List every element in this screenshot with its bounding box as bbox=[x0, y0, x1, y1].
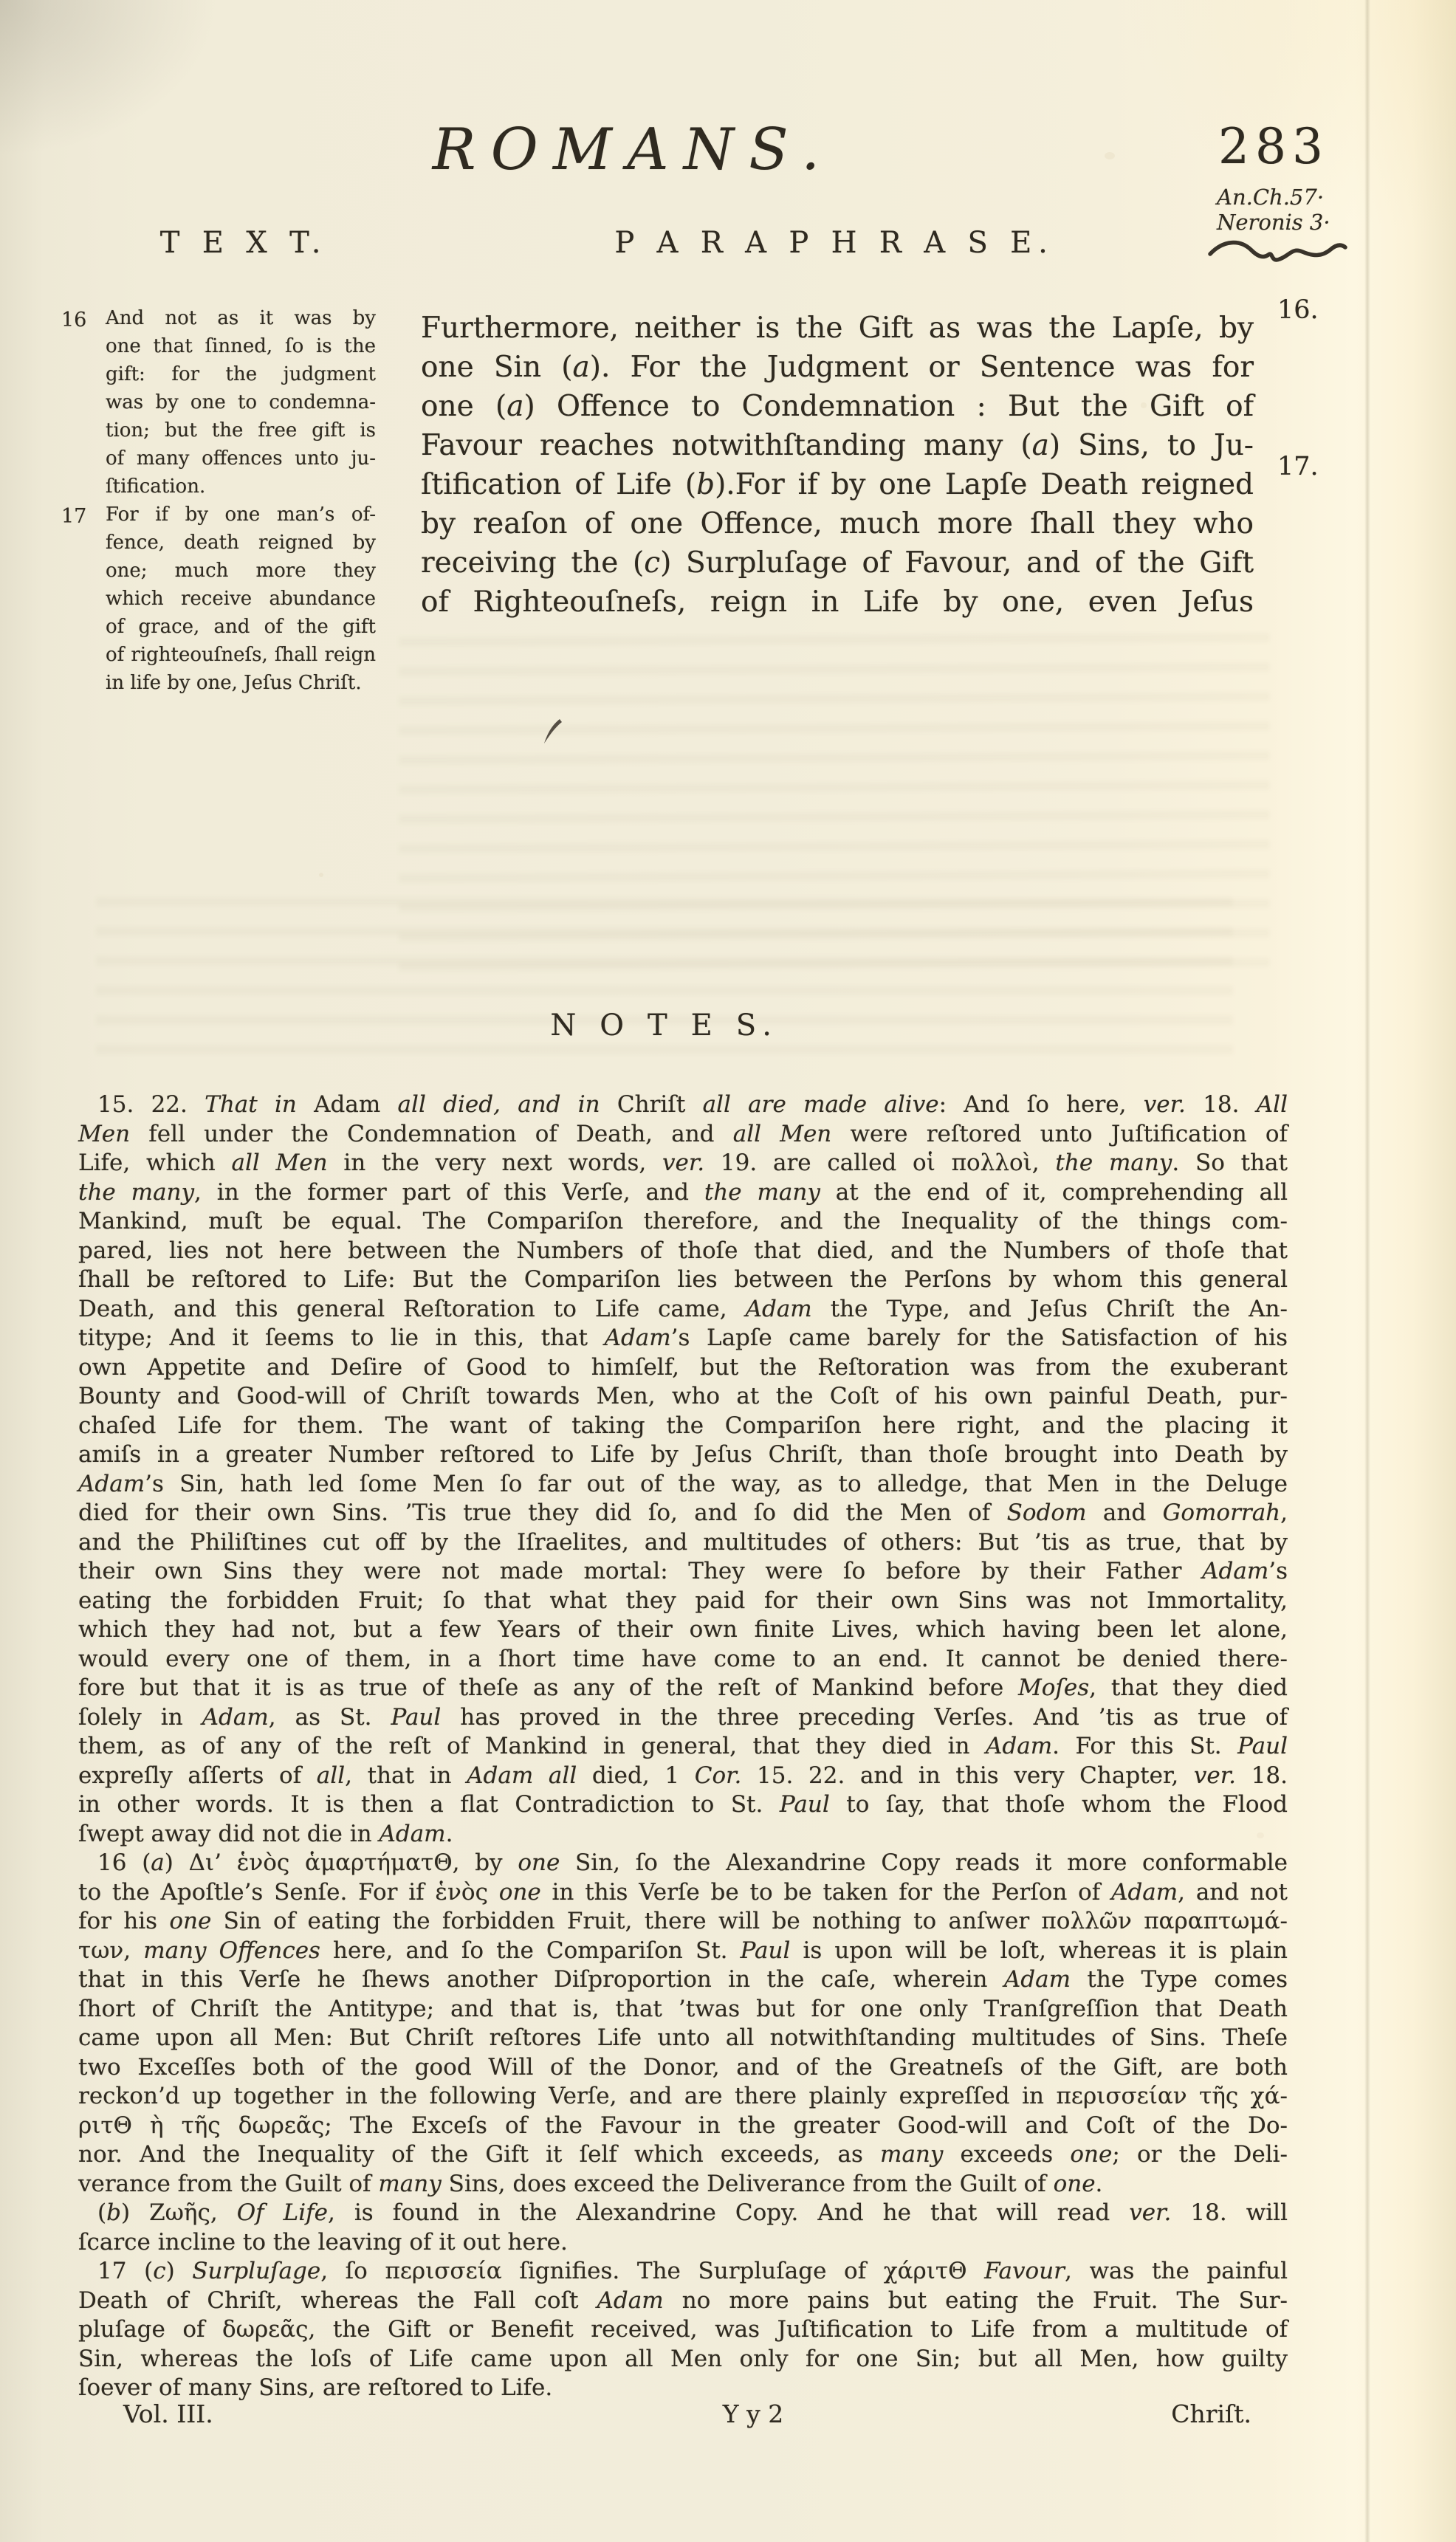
print-line: which they had not, but a few Years of t… bbox=[78, 1615, 1288, 1645]
print-line: of grace, and of the gift bbox=[106, 613, 376, 641]
print-line: tion; but the free gift is bbox=[106, 416, 376, 444]
print-line: of righteouſneſs, ſhall reign bbox=[106, 641, 376, 669]
print-line: to the Apoſtle’s Senſe. For if ἑνὸς one … bbox=[78, 1878, 1288, 1908]
print-line: ſtification of Life (b).For if by one La… bbox=[421, 465, 1254, 504]
print-line: ſolely in Adam, as St. Paul has proved i… bbox=[78, 1703, 1288, 1733]
print-line: (b) Ζωῆς, Of Life, is found in the Alexa… bbox=[78, 2199, 1288, 2228]
foxing-spot bbox=[319, 873, 323, 877]
anno-year-line: An.Ch.57· bbox=[1217, 185, 1330, 210]
print-line: Adam’s Sin, hath led ſome Men ſo far out… bbox=[78, 1470, 1288, 1500]
print-line: Furthermore, neither is the Gift as was … bbox=[421, 309, 1254, 348]
print-line: two Exceſſes both of the good Will of th… bbox=[78, 2053, 1288, 2083]
print-line: ριτΘ ὴ τῆς δωρεᾶς; The Exceſs of the Fav… bbox=[78, 2112, 1288, 2141]
print-line: Mankind, muſt be equal. The Compariſon t… bbox=[78, 1207, 1288, 1237]
note-paragraph-17c: 17 (c) Surpluſage, ſo περισσεία ſignifie… bbox=[78, 2257, 1288, 2403]
print-line: expreſly aſſerts of all, that in Adam al… bbox=[78, 1762, 1288, 1791]
note-paragraph-b: (b) Ζωῆς, Of Life, is found in the Alexa… bbox=[78, 2199, 1288, 2257]
print-line: in life by one, Jeſus Chriſt. bbox=[106, 669, 376, 697]
print-line: of Righteouſneſs, reign in Life by one, … bbox=[421, 583, 1254, 622]
verse-number-16: 16 bbox=[61, 306, 86, 334]
scanned-page: ROMANS. 283 An.Ch.57· Neronis 3· T E X T… bbox=[0, 0, 1456, 2542]
print-line: 15. 22. That in Adam all died, and in Ch… bbox=[78, 1090, 1288, 1120]
print-line: ſhall be reſtored to Life: But the Compa… bbox=[78, 1265, 1288, 1295]
print-line: died for their own Sins. ’Tis true they … bbox=[78, 1499, 1288, 1528]
print-line: titype; And it ſeems to lie in this, tha… bbox=[78, 1324, 1288, 1353]
print-line: ſoever of many Sins, are reſtored to Lif… bbox=[78, 2374, 1288, 2403]
print-line: which receive abundance bbox=[106, 585, 376, 613]
print-line: one that ſinned, ſo is the bbox=[106, 332, 376, 360]
print-line: gift: for the judgment bbox=[106, 360, 376, 388]
print-line: in other words. It is then a flat Contra… bbox=[78, 1790, 1288, 1820]
print-line: was by one to condemna- bbox=[106, 388, 376, 416]
print-line: that in this Verſe he ſhews another Diſp… bbox=[78, 1965, 1288, 1995]
signature-mark: Y y 2 bbox=[723, 2400, 783, 2428]
print-line: verance from the Guilt of many Sins, doe… bbox=[78, 2170, 1288, 2199]
print-line: των, many Offences here, and ſo the Comp… bbox=[78, 1937, 1288, 1966]
print-line: ſwept away did not die in Adam. bbox=[78, 1820, 1288, 1849]
print-line: ſtification. bbox=[106, 473, 376, 501]
catchword: Chriſt. bbox=[1108, 2400, 1251, 2428]
verse-16: 16 And not as it was byone that ſinned, … bbox=[106, 304, 376, 501]
notes-heading: N O T E S. bbox=[550, 1009, 778, 1042]
marginal-chronology: An.Ch.57· Neronis 3· bbox=[1217, 185, 1330, 235]
note-paragraph-16a: 16 (a) Δι’ ἑνὸς ἁμαρτήματΘ, by one Sin, … bbox=[78, 1849, 1288, 2199]
print-line: fence, death reigned by bbox=[106, 529, 376, 557]
anno-reign-line: Neronis 3· bbox=[1217, 210, 1330, 235]
print-line: Men fell under the Condemnation of Death… bbox=[78, 1120, 1288, 1150]
print-line: fore but that it is as true of theſe as … bbox=[78, 1674, 1288, 1703]
print-line: And not as it was by bbox=[106, 304, 376, 332]
text-column-heading: T E X T. bbox=[160, 226, 327, 260]
print-line: For if by one man’s of- bbox=[106, 501, 376, 529]
print-line: own Appetite and Deſire of Good to himſe… bbox=[78, 1353, 1288, 1383]
print-line: them, as of any of the reſt of Mankind i… bbox=[78, 1732, 1288, 1762]
print-line: Death, and this general Reſtoration to L… bbox=[78, 1295, 1288, 1325]
page-number: 283 bbox=[1218, 118, 1329, 175]
verse-16-text: And not as it was byone that ſinned, ſo … bbox=[106, 304, 376, 501]
running-title: ROMANS. bbox=[433, 117, 835, 183]
print-line: their own Sins they were not made mortal… bbox=[78, 1557, 1288, 1587]
show-through bbox=[399, 633, 1270, 992]
verse-17-text: For if by one man’s of-fence, death reig… bbox=[106, 501, 376, 697]
verse-number-17: 17 bbox=[61, 503, 86, 531]
print-line: for his one Sin of eating the forbidden … bbox=[78, 1907, 1288, 1937]
print-line: ſcarce incline to the leaving of it out … bbox=[78, 2228, 1288, 2258]
print-line: 17 (c) Surpluſage, ſo περισσεία ſignifie… bbox=[78, 2257, 1288, 2287]
print-line: Death of Chriſt, whereas the Fall coſt A… bbox=[78, 2287, 1288, 2316]
show-through bbox=[96, 897, 1233, 1071]
paraphrase-column-heading: P A R A P H R A S E. bbox=[614, 226, 1054, 260]
print-line: came upon all Men: But Chriſt reſtores L… bbox=[78, 2024, 1288, 2053]
volume-label: Vol. III. bbox=[123, 2400, 213, 2428]
paraphrase-margin-number-16: 16. bbox=[1277, 295, 1319, 325]
print-line: one; much more they bbox=[106, 557, 376, 585]
foxing-spot bbox=[1105, 152, 1115, 159]
print-line: Sin, whereas the loſs of Life came upon … bbox=[78, 2345, 1288, 2374]
print-line: nor. And the Inequality of the Gift it ſ… bbox=[78, 2140, 1288, 2170]
ink-mark bbox=[541, 718, 563, 746]
print-line: amiſs in a greater Number reſtored to Li… bbox=[78, 1440, 1288, 1470]
paraphrase-column: Furthermore, neither is the Gift as was … bbox=[421, 309, 1254, 622]
print-line: by reaſon of one Offence, much more ſhal… bbox=[421, 504, 1254, 543]
print-line: receiving the (c) Surpluſage of Favour, … bbox=[421, 543, 1254, 583]
print-line: Favour reaches notwithſtanding many (a) … bbox=[421, 426, 1254, 465]
page-edge-crease bbox=[1364, 0, 1370, 2542]
print-line: one (a) Offence to Condemnation : But th… bbox=[421, 387, 1254, 426]
print-line: ſhort of Chriſt the Antitype; and that i… bbox=[78, 1995, 1288, 2024]
text-column: 16 And not as it was byone that ſinned, … bbox=[106, 304, 376, 697]
print-line: eating the forbidden Fruit; ſo that what… bbox=[78, 1587, 1288, 1616]
print-line: Bounty and Good-will of Chriſt towards M… bbox=[78, 1382, 1288, 1412]
notes-body: 15. 22. That in Adam all died, and in Ch… bbox=[78, 1090, 1288, 2403]
paraphrase-margin-number-17: 17. bbox=[1277, 452, 1319, 481]
print-line: the many, in the former part of this Ver… bbox=[78, 1178, 1288, 1208]
print-line: of many offences unto ju- bbox=[106, 444, 376, 473]
print-line: Life, which all Men in the very next wor… bbox=[78, 1149, 1288, 1178]
print-line: pared, lies not here between the Numbers… bbox=[78, 1237, 1288, 1266]
print-line: and the Philiſtines cut off by the Iſrae… bbox=[78, 1528, 1288, 1558]
note-paragraph-15-22: 15. 22. That in Adam all died, and in Ch… bbox=[78, 1090, 1288, 1849]
print-line: chaſed Life for them. The want of taking… bbox=[78, 1412, 1288, 1441]
flourish-icon bbox=[1208, 236, 1348, 269]
print-line: 16 (a) Δι’ ἑνὸς ἁμαρτήματΘ, by one Sin, … bbox=[78, 1849, 1288, 1878]
verse-17: 17 For if by one man’s of-fence, death r… bbox=[106, 501, 376, 697]
print-line: one Sin (a). For the Judgment or Sentenc… bbox=[421, 348, 1254, 387]
print-line: would every one of them, in a ſhort time… bbox=[78, 1645, 1288, 1674]
print-line: pluſage of δωρεᾶς, the Gift or Benefit r… bbox=[78, 2315, 1288, 2345]
print-line: reckon’d up together in the following Ve… bbox=[78, 2082, 1288, 2112]
